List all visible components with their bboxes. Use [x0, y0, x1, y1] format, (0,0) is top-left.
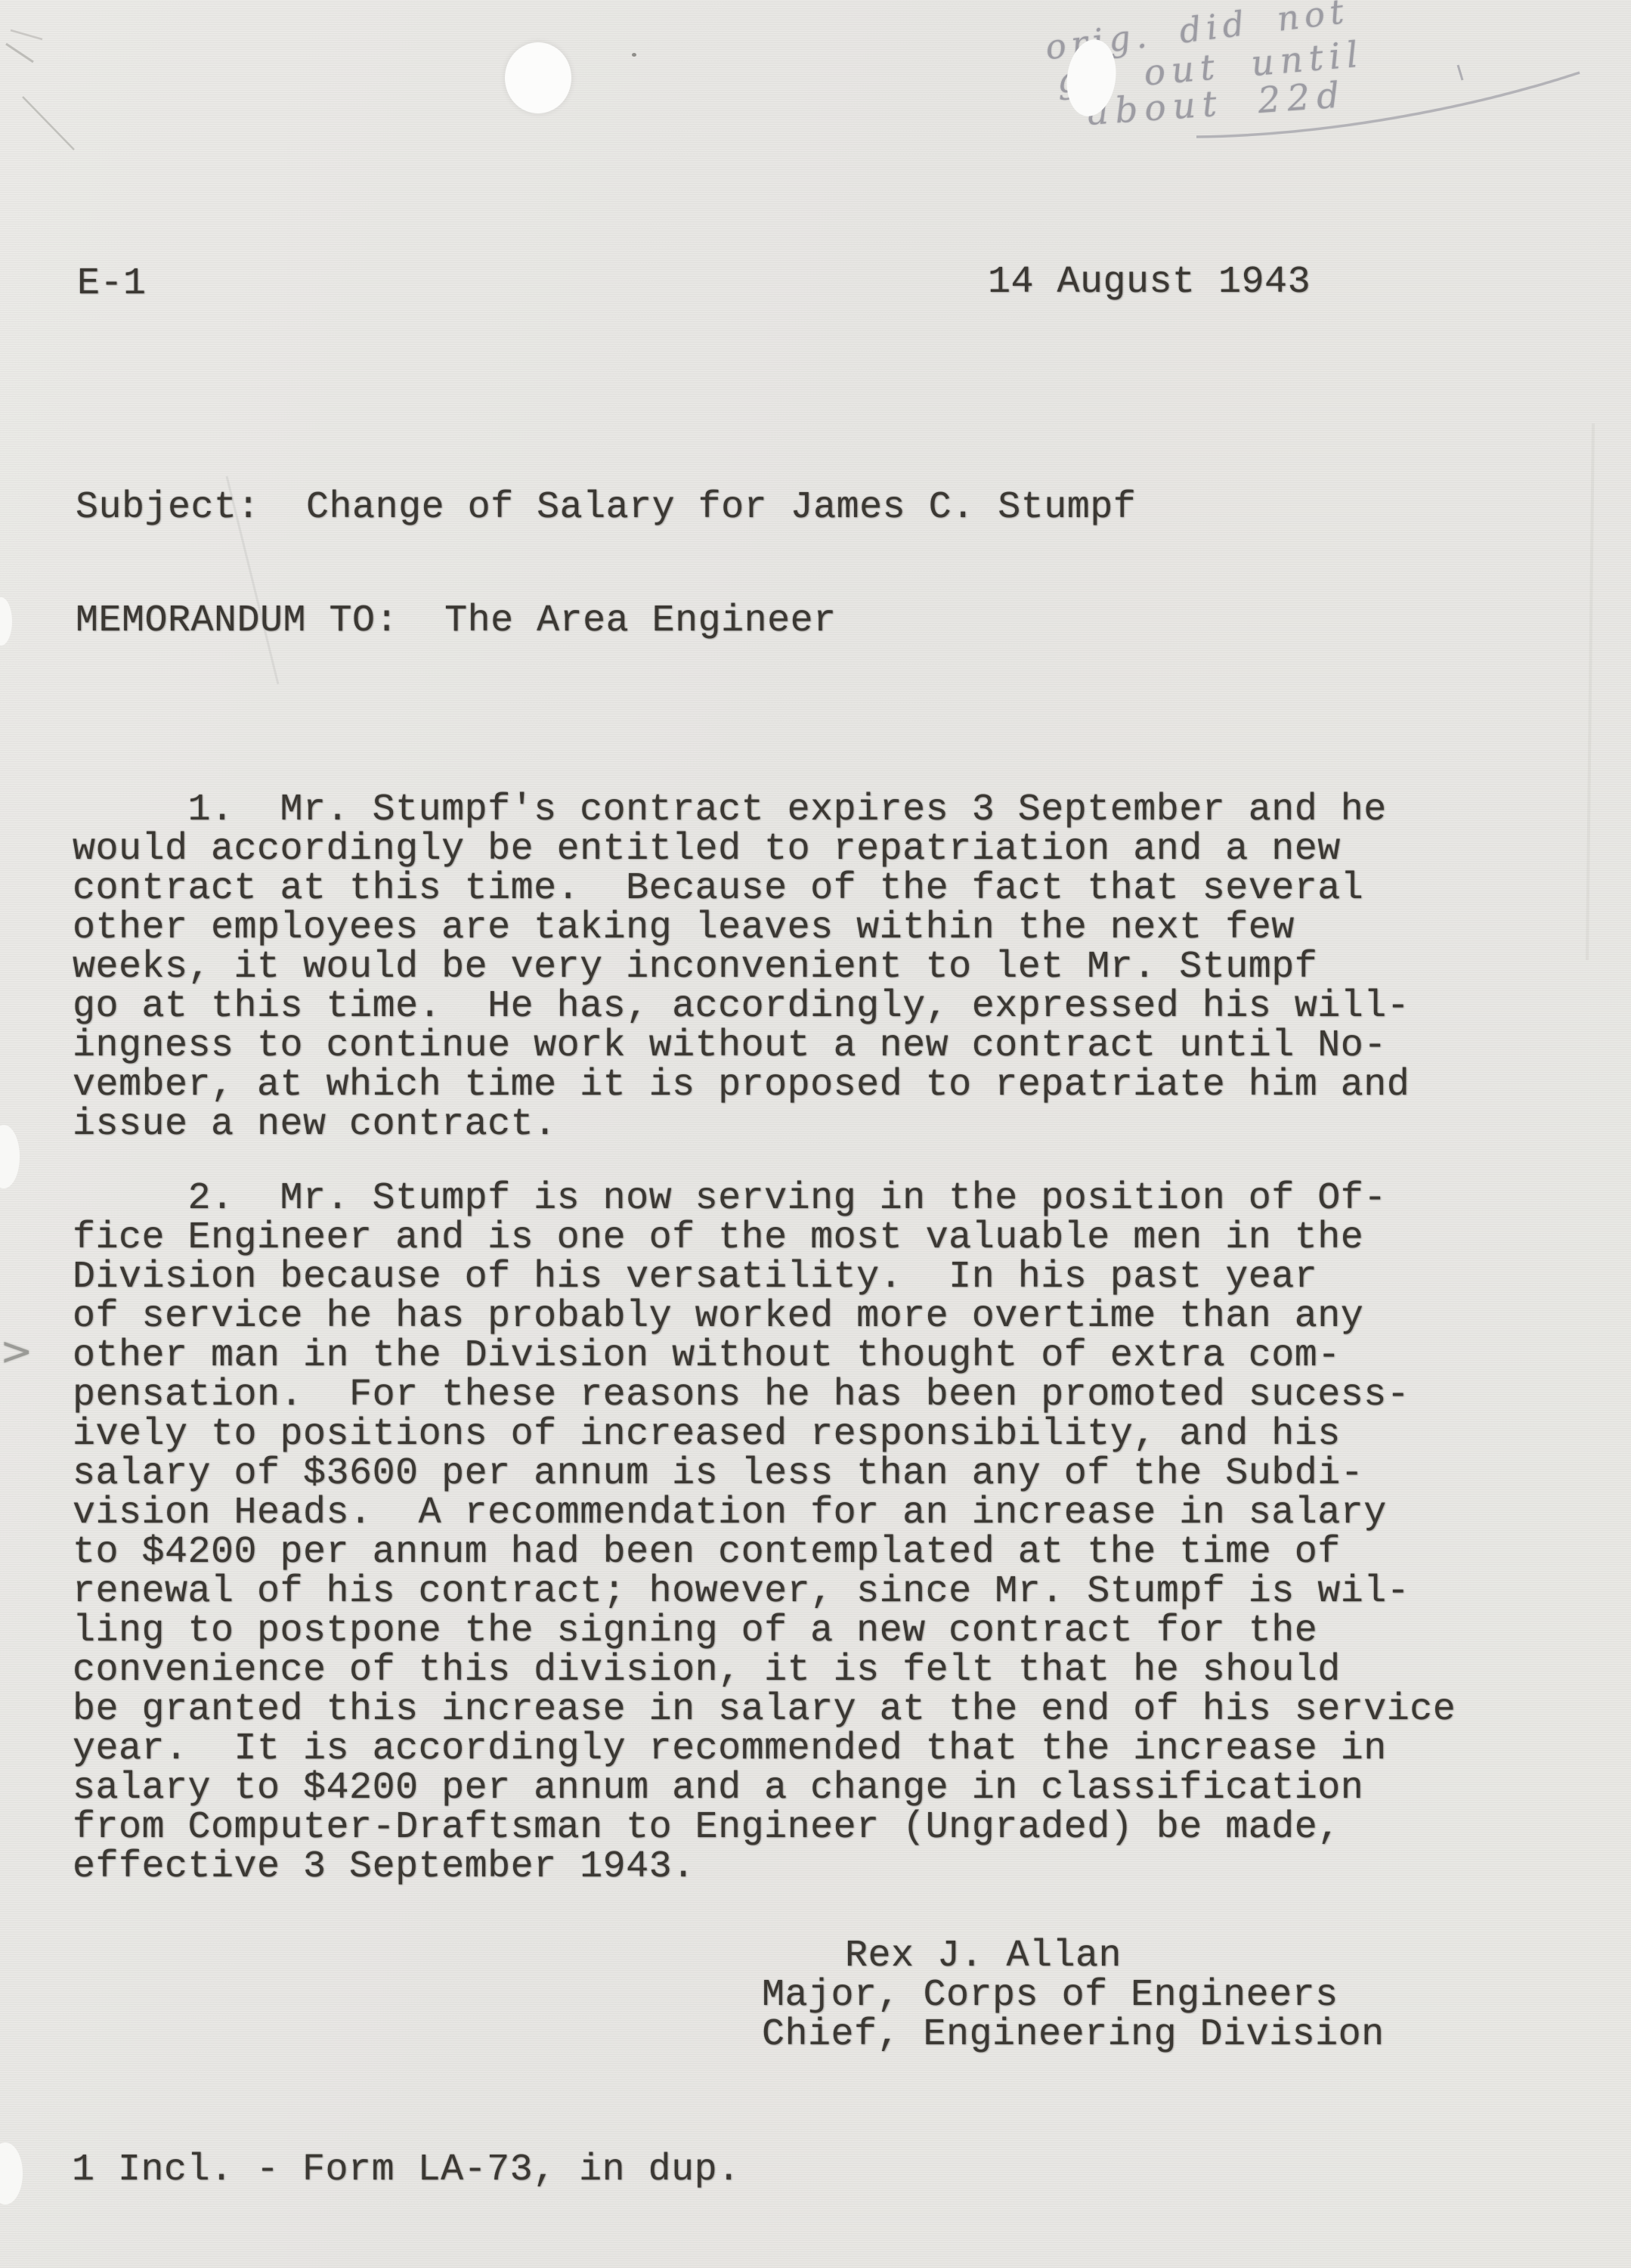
hole-punch [505, 42, 571, 113]
signature-name: Rex J. Allan [845, 1937, 1122, 1976]
memorandum-to-line: MEMORANDUM TO: The Area Engineer [76, 602, 837, 641]
memo-page: > orig. did not go out until about 22d E… [0, 0, 1631, 2268]
signature-rank: Major, Corps of Engineers [762, 1976, 1339, 2015]
edge-tear-mark: > [0, 1329, 33, 1374]
subject-line: Subject: Change of Salary for James C. S… [76, 488, 1136, 528]
body-paragraph-2: 2. Mr. Stumpf is now serving in the posi… [73, 1179, 1456, 1887]
paper-speck [632, 53, 636, 57]
body-paragraph-1: 1. Mr. Stumpf's contract expires 3 Septe… [73, 791, 1410, 1145]
date-line: 14 August 1943 [988, 263, 1311, 302]
signature-title: Chief, Engineering Division [762, 2015, 1385, 2055]
reference-number: E-1 [77, 265, 147, 304]
paper-crease [11, 30, 42, 39]
pencil-tick [1458, 65, 1462, 80]
paper-crease [23, 97, 74, 150]
enclosure-line: 1 Incl. - Form LA-73, in dup. [72, 2151, 741, 2190]
paper-crease [1587, 423, 1593, 960]
paper-crease [6, 44, 33, 62]
